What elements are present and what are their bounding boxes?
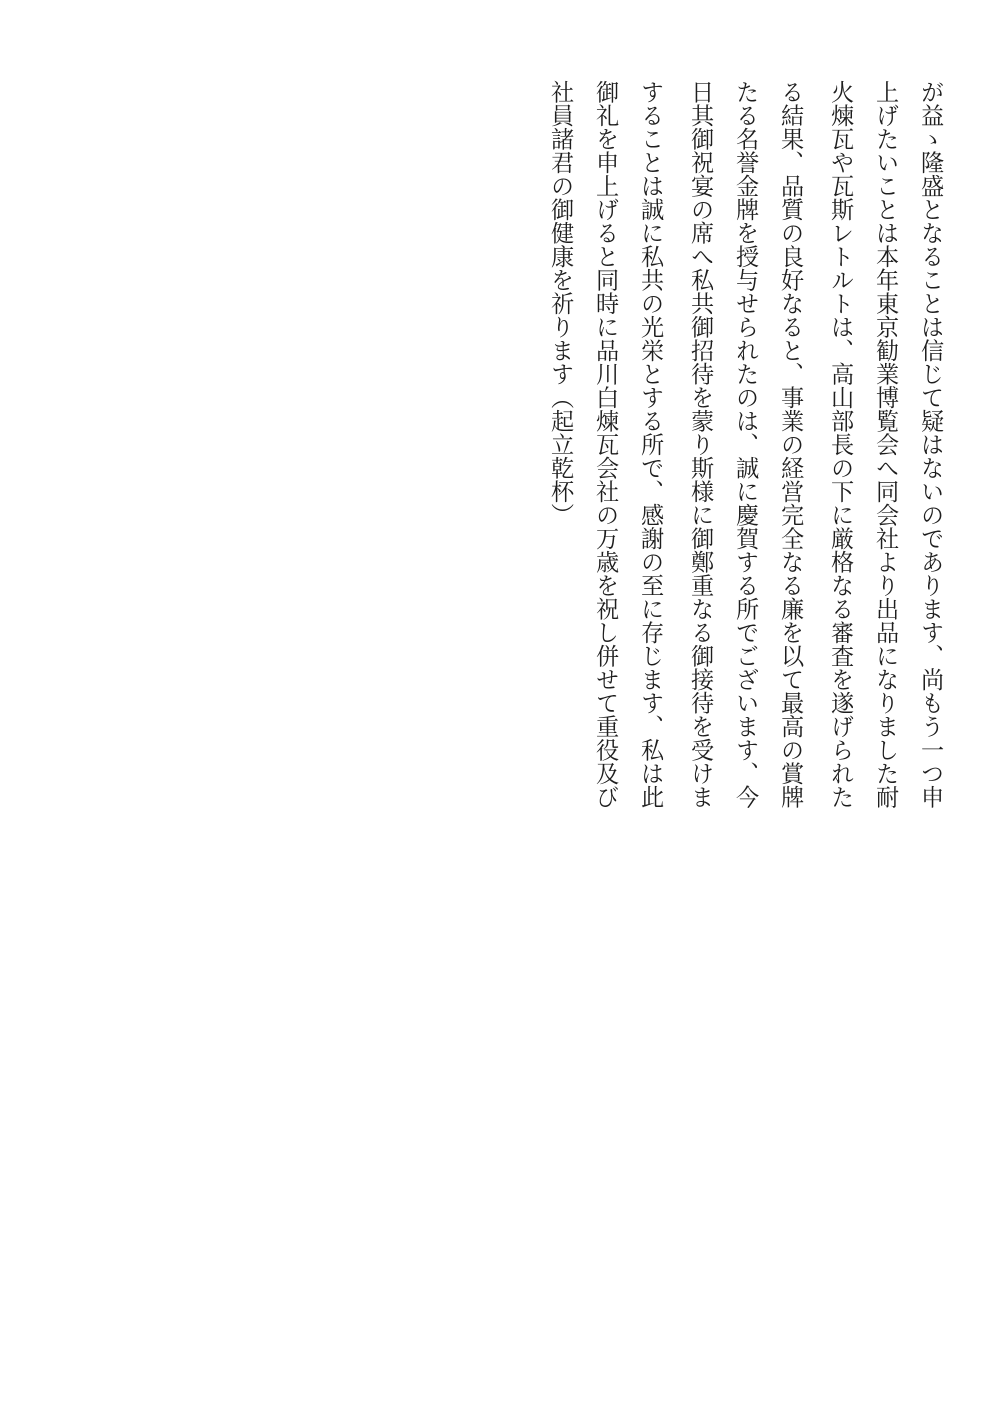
text-column: 日其御祝宴の席へ私共御招待を蒙り斯様に御鄭重なる御接待を受けま (688, 80, 711, 809)
text-column: 社員諸君の御健康を祈ります（起立乾杯） (548, 80, 571, 527)
text-column: 御礼を申上げると同時に品川白煉瓦会社の万歳を祝し併せて重役及び (593, 80, 616, 809)
text-column: る結果、品質の良好なると、事業の経営完全なる廉を以て最高の賞牌 (778, 80, 801, 809)
text-column: 上げたいことは本年東京勧業博覧会へ同会社より出品になりました耐 (873, 80, 896, 809)
text-column: することは誠に私共の光栄とする所で、感謝の至に存じます、私は此 (638, 80, 661, 809)
text-column: が益ゝ隆盛となることは信じて疑はないのであります、尚もう一つ申 (918, 80, 941, 809)
text-column: たる名誉金牌を授与せられたのは、誠に慶賀する所でございます、今 (733, 80, 756, 809)
document-page: が益ゝ隆盛となることは信じて疑はないのであります、尚もう一つ申 上げたいことは本… (0, 0, 1003, 1412)
text-column: 火煉瓦や瓦斯レトルトは、高山部長の下に厳格なる審査を遂げられた (828, 80, 851, 809)
